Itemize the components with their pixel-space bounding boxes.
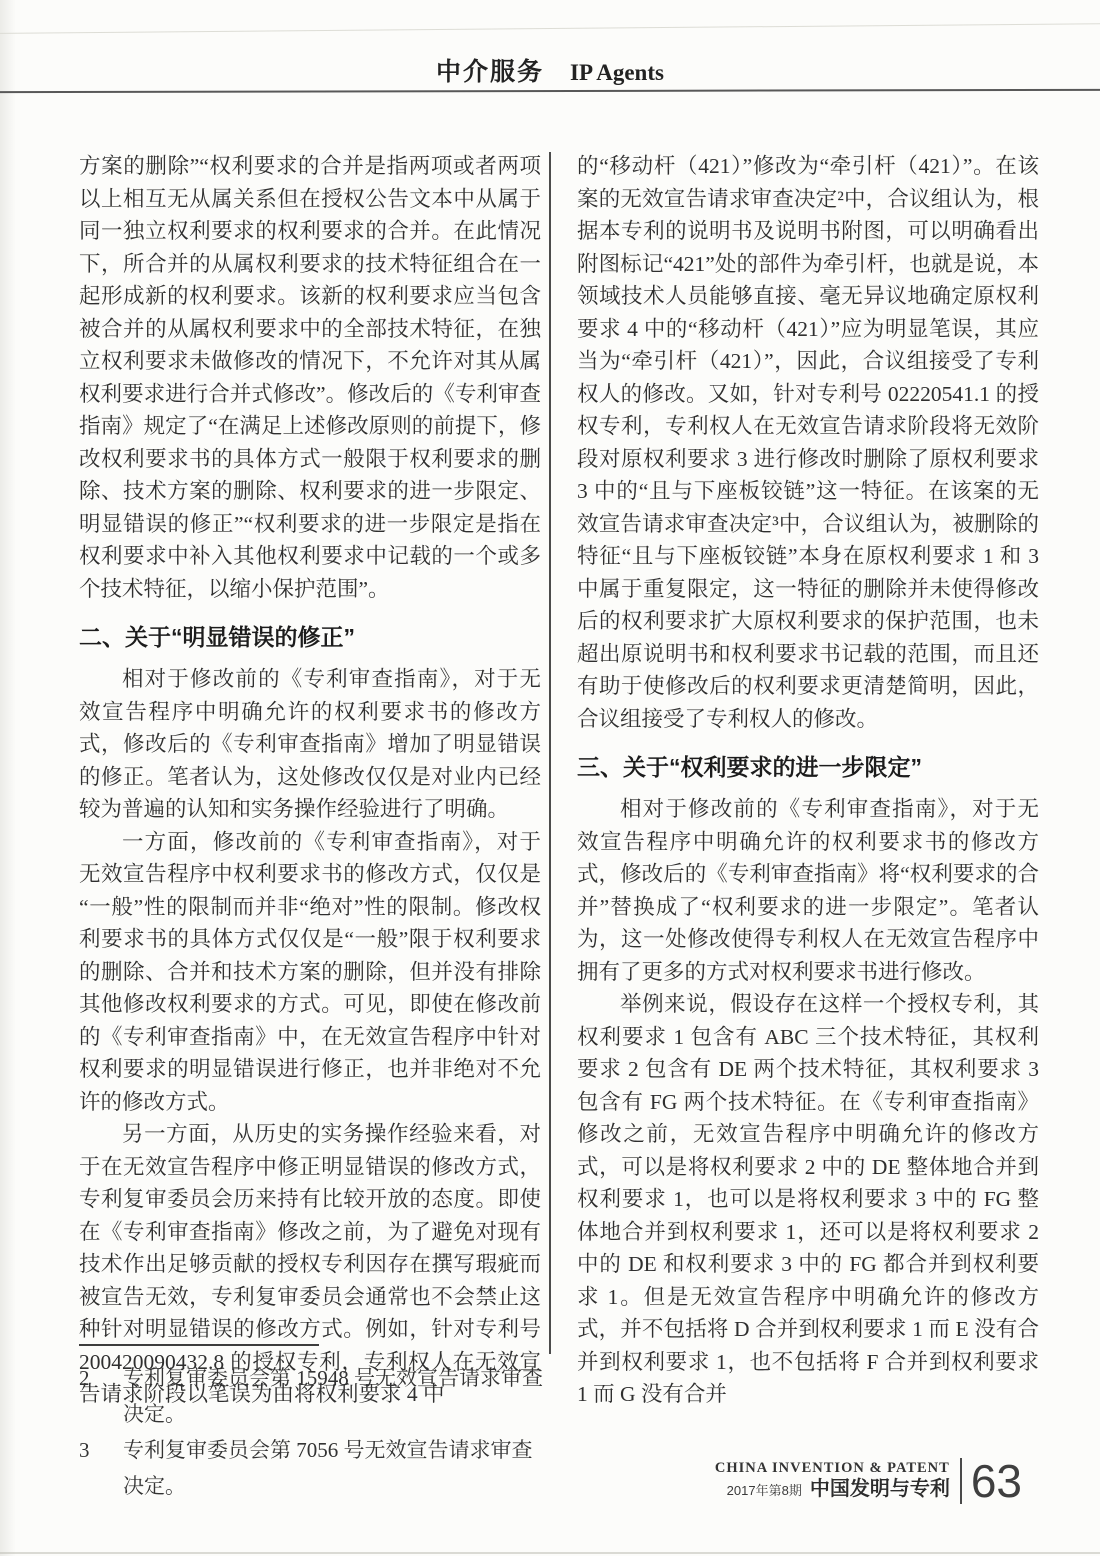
column-divider-rule (549, 152, 551, 1354)
footnotes-block: 2 专利复审委员会第 15948 号无效宣告请求审查决定。 3 专利复审委员会第… (79, 1344, 549, 1504)
scan-edge-bottom-line (0, 1552, 1100, 1554)
footnote: 2 专利复审委员会第 15948 号无效宣告请求审查决定。 (79, 1360, 549, 1432)
paragraph: 一方面，修改前的《专利审查指南》，对于无效宣告程序中权利要求书的修改方式，仅仅是… (79, 826, 541, 1119)
journal-name-en: CHINA INVENTION & PATENT (715, 1460, 950, 1477)
journal-name-zh: 中国发明与专利 (810, 1478, 950, 1500)
paragraph: 举例来说，假设存在这样一个授权专利，其权利要求 1 包含有 ABC 三个技术特征… (577, 988, 1039, 1411)
paragraph: 方案的删除”“权利要求的合并是指两项或者两项以上相互无从属关系但在授权公告文本中… (79, 150, 541, 605)
paragraph: 相对于修改前的《专利审查指南》，对于无效宣告程序中明确允许的权利要求书的修改方式… (577, 793, 1039, 988)
footnote-separator-rule (79, 1344, 319, 1346)
footer-divider-bar (960, 1458, 962, 1504)
header-category-zh: 中介服务 (436, 58, 544, 86)
scan-edge-left-shadow (0, 0, 16, 1556)
scanned-journal-page: 中介服务IP Agents 方案的删除”“权利要求的合并是指两项或者两项以上相互… (0, 0, 1100, 1556)
journal-info: CHINA INVENTION & PATENT 2017年第8期中国发明与专利 (715, 1460, 950, 1503)
paragraph: 相对于修改前的《专利审查指南》，对于无效宣告程序中明确允许的权利要求书的修改方式… (79, 663, 541, 826)
scan-top-scratch-line (0, 23, 1100, 34)
footnote-number: 3 (79, 1432, 123, 1504)
section-heading-3: 三、关于“权利要求的进一步限定” (577, 751, 1039, 784)
journal-issue-line: 2017年第8期中国发明与专利 (715, 1477, 950, 1503)
column-left: 方案的删除”“权利要求的合并是指两项或者两项以上相互无从属关系但在授权公告文本中… (79, 150, 541, 1411)
column-right: 的“移动杆（421）”修改为“牵引杆（421）”。在该案的无效宣告请求审查决定²… (577, 150, 1039, 1411)
page-number: 63 (971, 1458, 1022, 1504)
footnote-text: 专利复审委员会第 7056 号无效宣告请求审查决定。 (123, 1432, 549, 1504)
footnote-text: 专利复审委员会第 15948 号无效宣告请求审查决定。 (123, 1360, 549, 1432)
header-rule (0, 89, 1100, 93)
header-category-en: IP Agents (570, 60, 664, 85)
page-header: 中介服务IP Agents (0, 52, 1100, 88)
paragraph: 的“移动杆（421）”修改为“牵引杆（421）”。在该案的无效宣告请求审查决定²… (577, 150, 1039, 735)
issue-info: 2017年第8期 (727, 1483, 802, 1498)
footnote: 3 专利复审委员会第 7056 号无效宣告请求审查决定。 (79, 1432, 549, 1504)
footnote-number: 2 (79, 1360, 123, 1432)
page-footer: CHINA INVENTION & PATENT 2017年第8期中国发明与专利… (715, 1458, 1022, 1504)
section-heading-2: 二、关于“明显错误的修正” (79, 621, 541, 654)
